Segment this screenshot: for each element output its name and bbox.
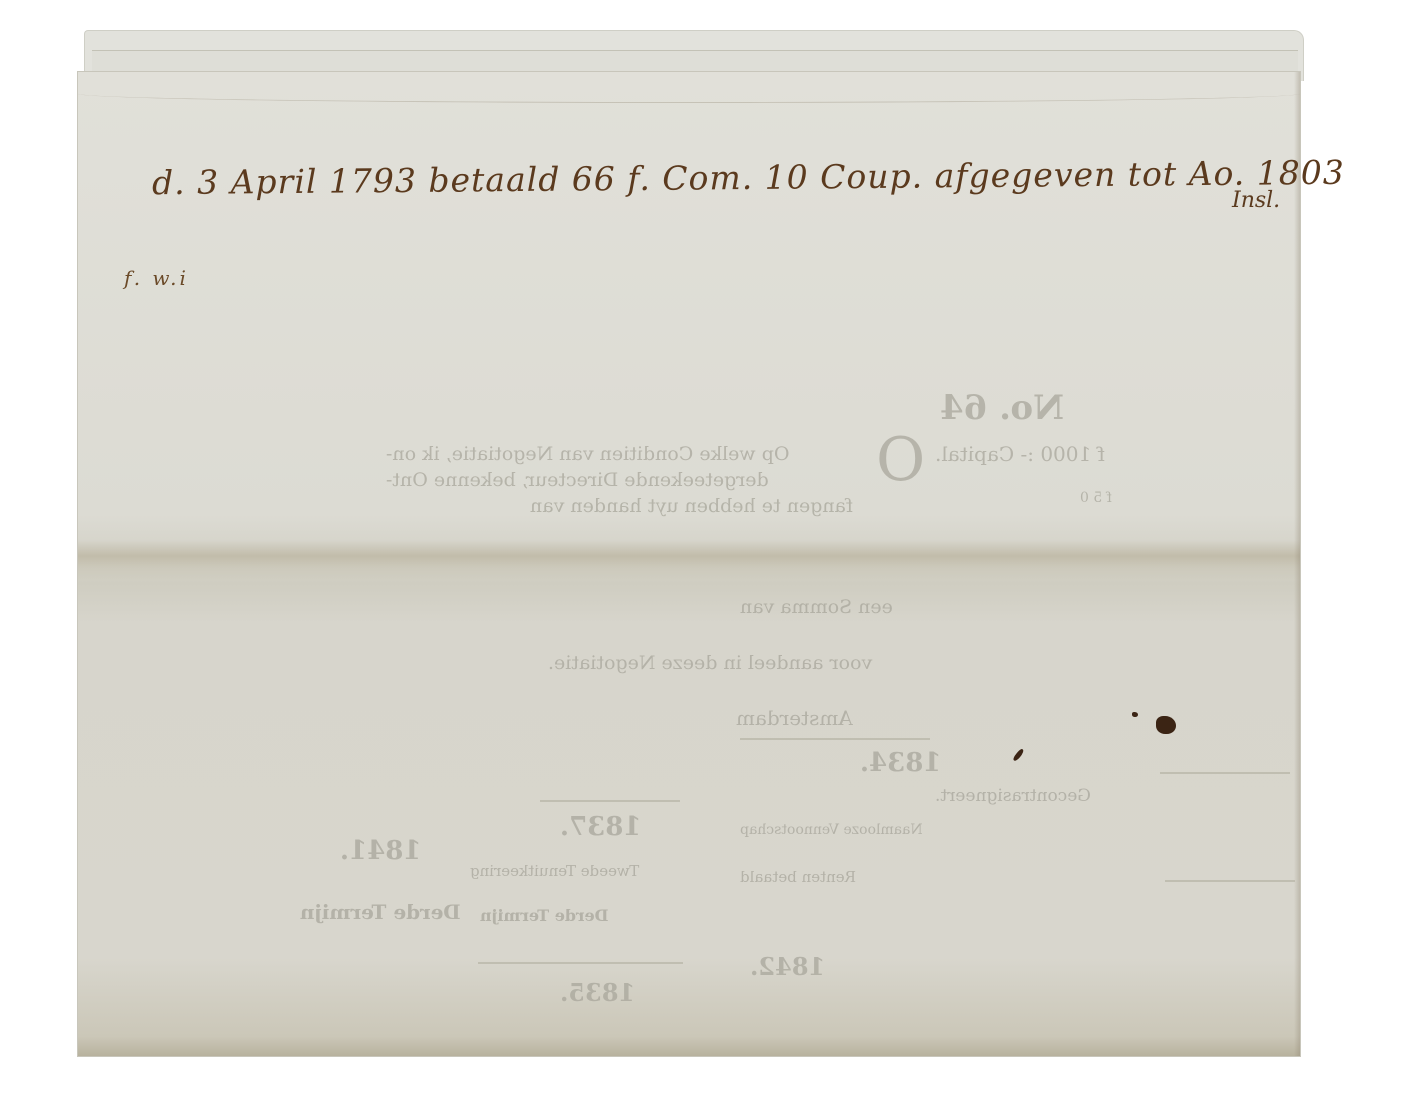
ghost-year-1837: 1837.	[560, 812, 641, 842]
ghost-extra: Derde Termijn	[300, 900, 461, 924]
ghost-somma: een Somma van	[740, 596, 893, 618]
ghost-initial-o: O	[876, 430, 925, 490]
ghost-gecontrasigneert: Gecontrasigneert.	[935, 786, 1091, 806]
ghost-rule-1	[740, 738, 930, 740]
ghost-capital-sub: f 5 0	[1080, 490, 1112, 506]
ghost-year-1841: 1841.	[340, 836, 421, 866]
ghost-rule-3	[478, 962, 683, 964]
ghost-capital: f 1000 :- Capital.	[935, 442, 1105, 466]
ghost-aandeel: voor aandeel in deeze Negotiatie.	[548, 652, 872, 674]
ghost-rule-right	[1160, 772, 1290, 774]
document-page	[78, 72, 1300, 1056]
ghost-line-left-a: Tweede Tenuitkeering	[470, 862, 639, 880]
right-edge-shadow	[1294, 72, 1300, 1056]
handwritten-end-note: Insl.	[1232, 188, 1280, 213]
ghost-year-1842: 1842.	[750, 952, 825, 981]
ink-stain	[1156, 716, 1176, 734]
ghost-paragraph-line-2: dergeteekende Directeur, bekenne Ont-	[386, 469, 769, 491]
ghost-paragraph-line-1: Op welke Conditien van Negotiatie, ik on…	[386, 443, 789, 465]
top-fold	[78, 72, 1300, 103]
handwritten-margin-mark: f. w.i	[124, 266, 189, 290]
ghost-number: No. 64	[940, 388, 1064, 428]
ghost-rule-2	[540, 800, 680, 802]
ghost-rule-right-2	[1165, 880, 1295, 882]
ghost-line-mid-b: Renten betaald	[740, 868, 856, 886]
ghost-line-mid: Naamlooze Vennootschap	[740, 822, 923, 838]
ghost-year-1835: 1835.	[560, 978, 635, 1007]
ink-speck	[1132, 712, 1138, 717]
horizontal-fold	[78, 540, 1300, 580]
ghost-year-1834: 1834.	[860, 748, 941, 778]
ghost-city: Amsterdam	[736, 706, 853, 730]
ghost-paragraph-line-3: fangen te hebben uyt handen van	[530, 495, 853, 517]
ghost-line-left-b: Derde Termijn	[480, 906, 609, 925]
